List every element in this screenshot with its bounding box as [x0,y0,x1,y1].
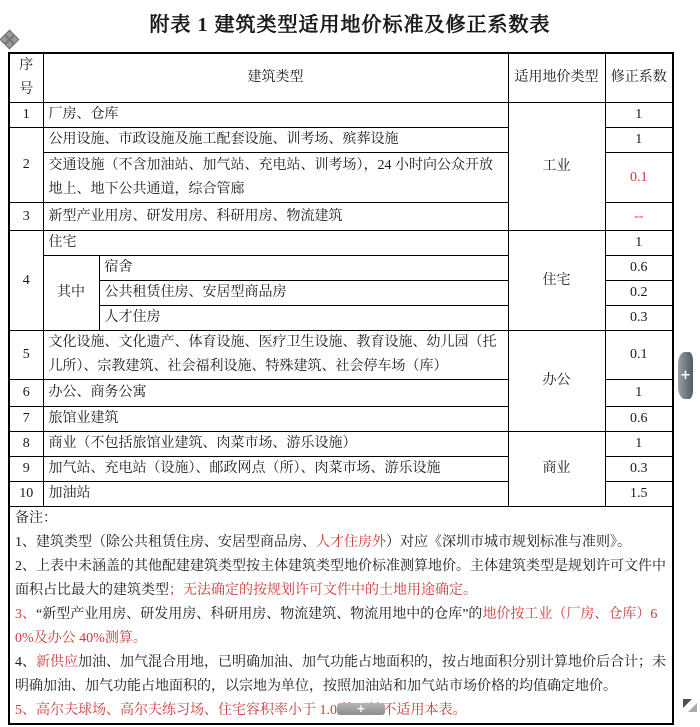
cell-no: 3 [9,203,43,231]
cell-no: 2 [9,128,43,203]
table-row: 8 商业（不包括旅馆业建筑、肉菜市场、游乐设施） 商业 1 [9,432,673,457]
cell-no: 8 [9,432,43,457]
cell-no: 6 [9,380,43,407]
cell-building-type: 住宅 [43,231,508,256]
cell-coefficient: 0.3 [605,306,673,331]
land-price-table: 序号 建筑类型 适用地价类型 修正系数 1 厂房、仓库 工业 1 2 公用设施、… [8,52,674,725]
cell-building-type: 加油站 [43,482,508,507]
cell-building-type: 人才住房 [99,306,508,331]
triangle-light [688,703,697,712]
cell-coefficient: 1 [605,128,673,153]
cell-coefficient: 0.6 [605,407,673,432]
header-building-type: 建筑类型 [43,53,508,103]
plus-icon: + [680,368,691,383]
cell-coefficient: 0.2 [605,281,673,306]
cell-coefficient: 1 [605,103,673,128]
cell-building-type: 商业（不包括旅馆业建筑、肉菜市场、游乐设施） [43,432,508,457]
header-price-type: 适用地价类型 [508,53,605,103]
cell-no: 5 [9,331,43,380]
table-row: 4 住宅 住宅 1 [9,231,673,256]
note-line-3: 3、“新型产业用房、研发用房、科研用房、物流建筑、物流用地中的仓库”的地价按工业… [15,603,667,651]
notes-row: 备注： 1、建筑类型（除公共租赁住房、安居型商品房、人才住房外）对应《深圳市城市… [9,507,673,725]
cell-price-type-residential: 住宅 [508,231,605,331]
cell-no: 9 [9,457,43,482]
header-no: 序号 [9,53,43,103]
cell-coefficient: 0.1 [605,153,673,203]
note-line-2: 2、上表中未涵盖的其他配建建筑类型按主体建筑类型地价标准测算地价。主体建筑类型是… [15,555,667,603]
cell-no: 4 [9,231,43,331]
cell-coefficient: 1 [605,432,673,457]
header-coefficient: 修正系数 [605,53,673,103]
cell-no: 10 [9,482,43,507]
cell-no: 7 [9,407,43,432]
resize-corner-icon[interactable] [683,699,697,712]
cell-price-type-office: 办公 [508,331,605,432]
cell-price-type-industrial: 工业 [508,103,605,231]
page-title: 附表 1 建筑类型适用地价标准及修正系数表 [0,8,700,37]
table-row: 5 文化设施、文化遗产、体育设施、医疗卫生设施、教育设施、幼儿园（托儿所）、宗教… [9,331,673,380]
cell-building-type: 加气站、充电站（设施）、邮政网点（所）、肉菜市场、游乐设施 [43,457,508,482]
cell-coefficient: 0.6 [605,256,673,281]
cell-coefficient: -- [605,203,673,231]
cell-coefficient: 1.5 [605,482,673,507]
cell-building-type: 公用设施、市政设施及施工配套设施、训考场、殡葬设施 [43,128,508,153]
cell-building-type: 公共租赁住房、安居型商品房 [99,281,508,306]
cell-coefficient: 1 [605,231,673,256]
cell-building-type: 旅馆业建筑 [43,407,508,432]
table-header-row: 序号 建筑类型 适用地价类型 修正系数 [9,53,673,103]
notes-label: 备注： [15,507,667,531]
note-line-4: 4、新供应加油、加气混合用地，已明确加油、加气功能占地面积的，按占地面积分别计算… [15,651,667,699]
cell-building-type: 厂房、仓库 [43,103,508,128]
cell-building-type: 办公、商务公寓 [43,380,508,407]
cell-building-type: 文化设施、文化遗产、体育设施、医疗卫生设施、教育设施、幼儿园（托儿所）、宗教建筑… [43,331,508,380]
cell-building-type: 宿舍 [99,256,508,281]
expand-right-handle[interactable]: + [678,352,693,399]
cell-price-type-commercial: 商业 [508,432,605,507]
cell-among-label: 其中 [43,256,99,331]
table-move-handle-icon[interactable] [1,31,17,47]
note-line-1: 1、建筑类型（除公共租赁住房、安居型商品房、人才住房外）对应《深圳市城市规划标准… [15,531,667,555]
cell-building-type: 交通设施（不含加油站、加气站、充电站、训考场），24 小时向公众开放地上、地下公… [43,153,508,203]
notes-cell: 备注： 1、建筑类型（除公共租赁住房、安居型商品房、人才住房外）对应《深圳市城市… [9,507,673,725]
cell-coefficient: 0.1 [605,331,673,380]
table-row: 1 厂房、仓库 工业 1 [9,103,673,128]
expand-bottom-handle[interactable]: + [337,703,385,715]
cell-building-type: 新型产业用房、研发用房、科研用房、物流建筑 [43,203,508,231]
cell-no: 1 [9,103,43,128]
cell-coefficient: 1 [605,380,673,407]
plus-icon: + [356,702,365,715]
cell-coefficient: 0.3 [605,457,673,482]
